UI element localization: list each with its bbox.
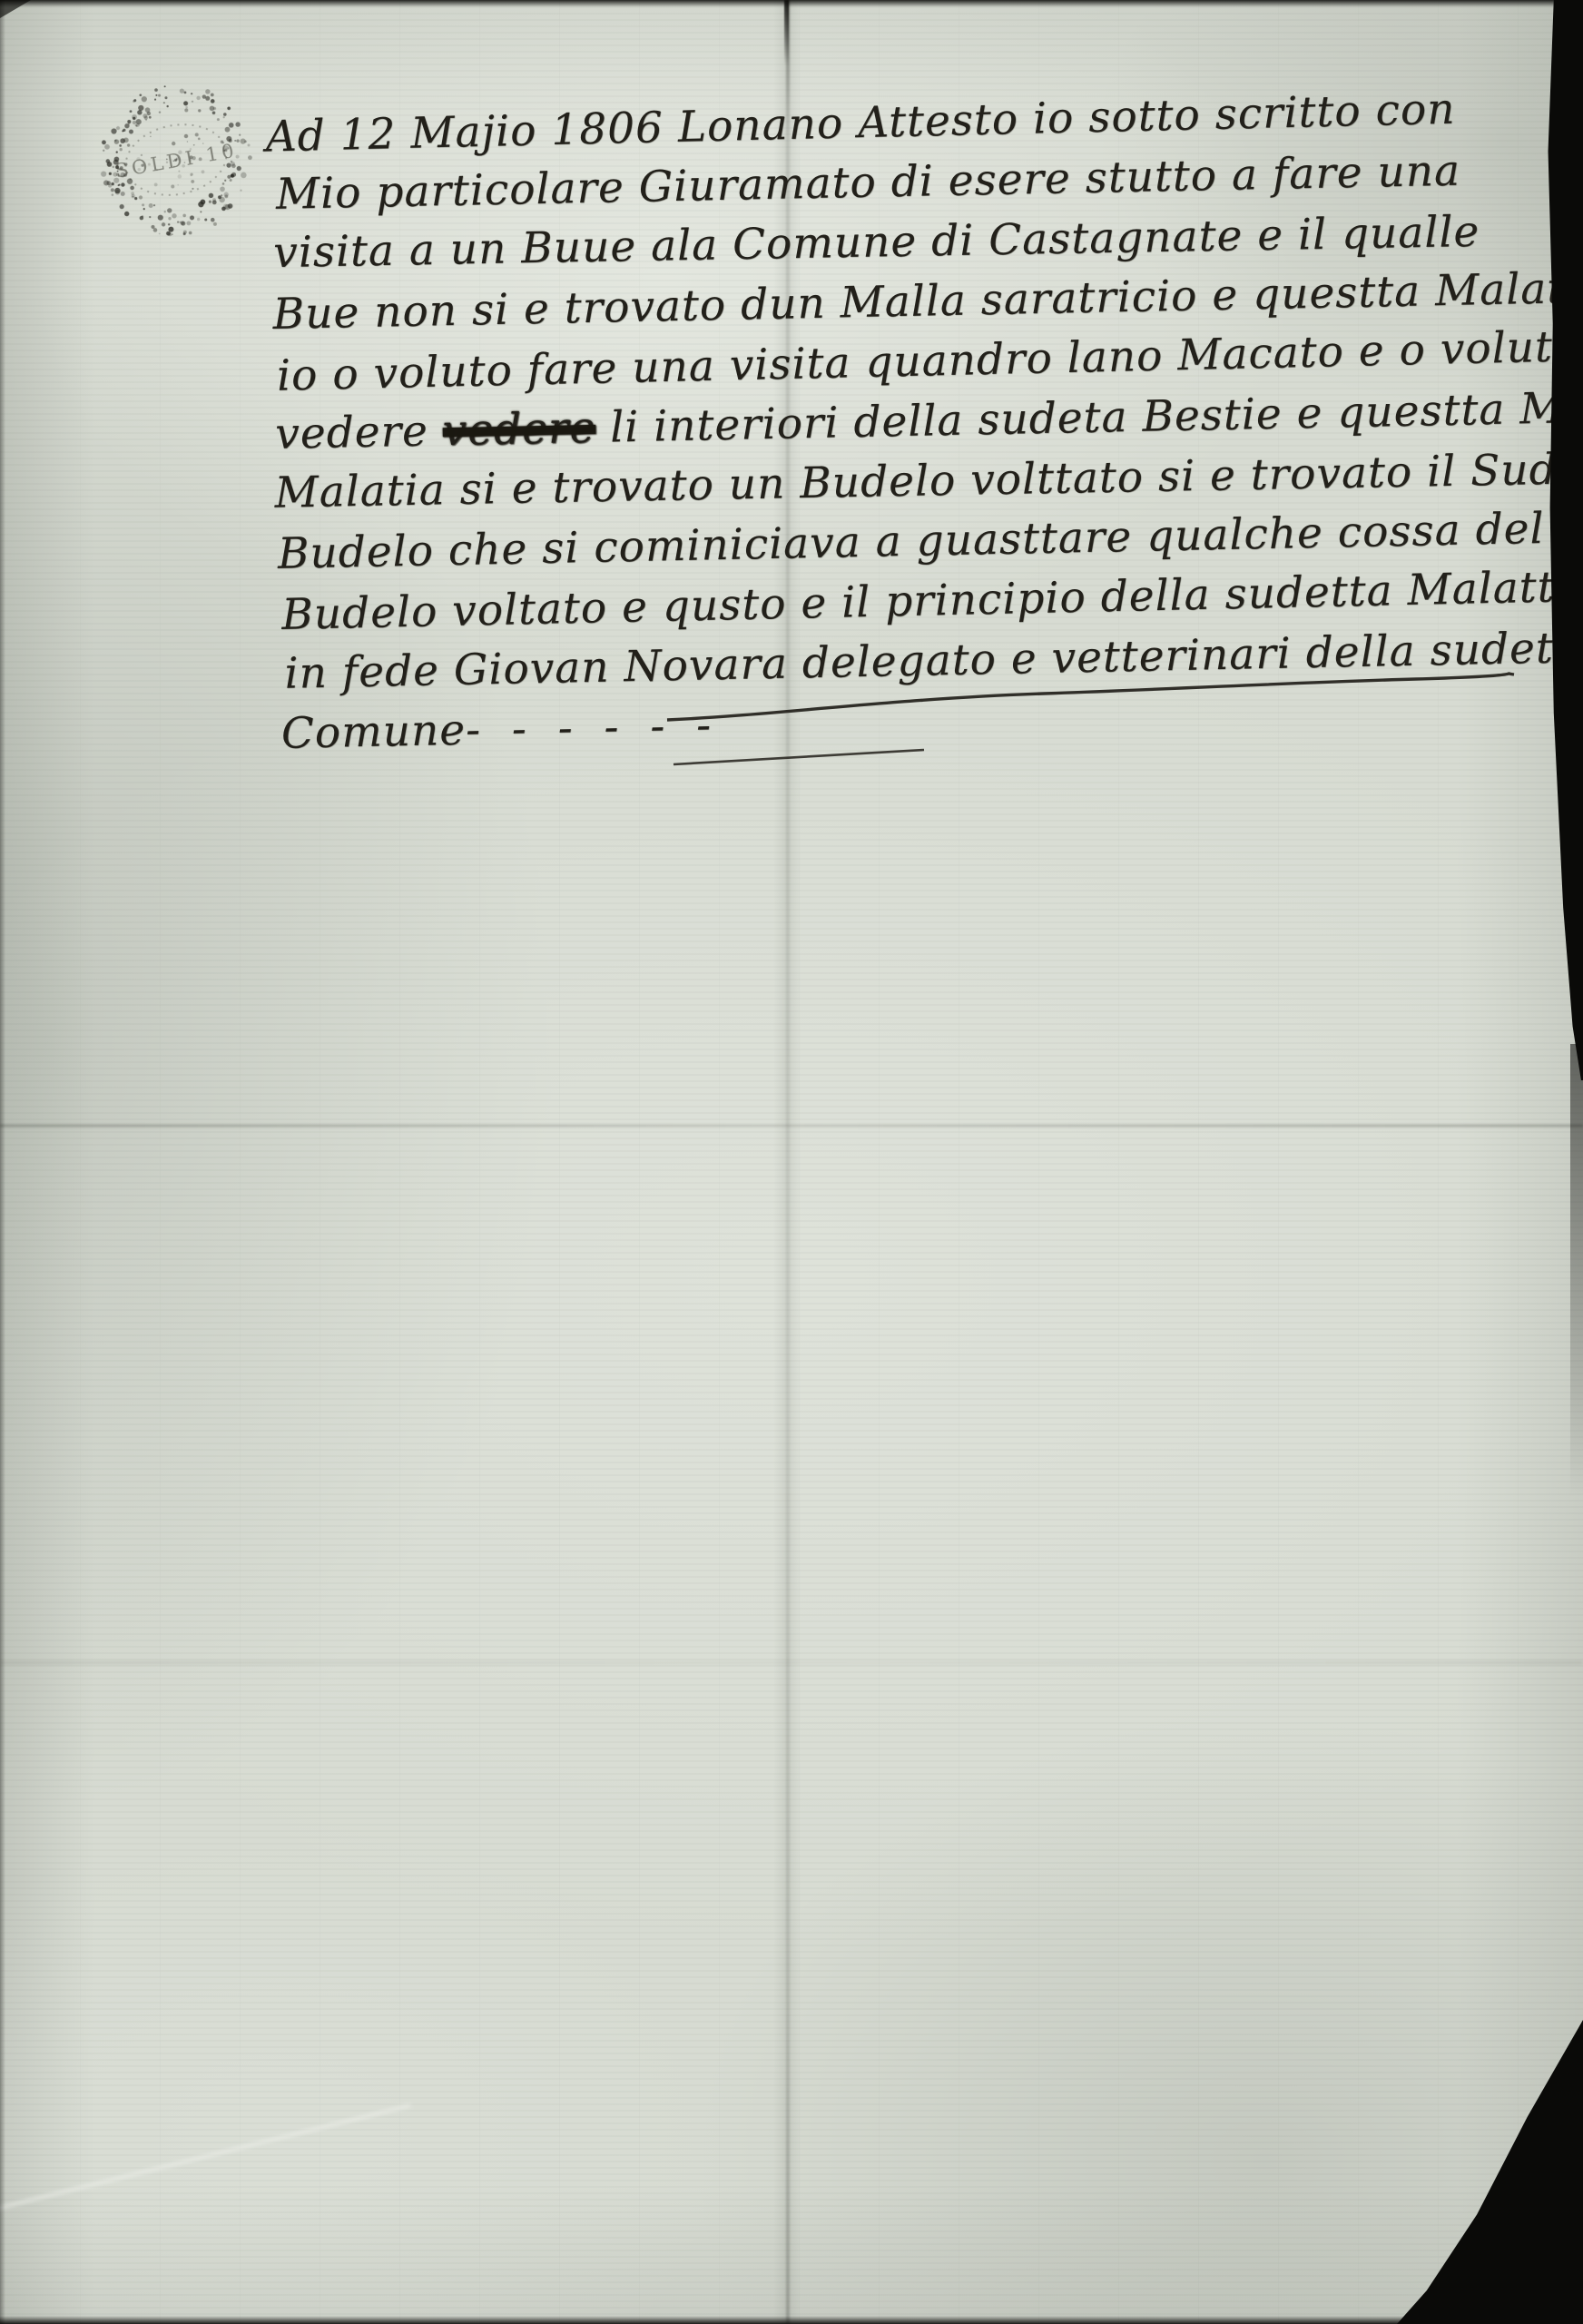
manuscript-text: - - - - - - xyxy=(465,700,720,755)
fold-crease-top-tick xyxy=(784,0,789,65)
handwritten-text: Ad 12 Majio 1806 Lonano Attesto io sotto… xyxy=(269,80,1570,764)
torn-edge-right-fade xyxy=(1570,1044,1583,1498)
scan-edge-left xyxy=(0,0,5,2324)
manuscript-text: vedere xyxy=(275,406,444,459)
ink-strikethrough: vedere xyxy=(442,403,596,456)
scanned-document: SOLDI 10 Ad 12 Majio 1806 Lonano Attesto… xyxy=(0,0,1583,2324)
fold-crease-horizontal xyxy=(0,1124,1583,1128)
wreath-stamp-icon: SOLDI 10 xyxy=(92,73,260,246)
scan-edge-top xyxy=(0,0,1583,7)
document-page: SOLDI 10 Ad 12 Majio 1806 Lonano Attesto… xyxy=(0,0,1583,2324)
manuscript-text: Comune xyxy=(280,705,466,759)
fold-crease-horizontal-faint xyxy=(0,1661,1583,1664)
scan-edge-bottom xyxy=(0,2316,1583,2324)
revenue-stamp: SOLDI 10 xyxy=(92,73,260,246)
